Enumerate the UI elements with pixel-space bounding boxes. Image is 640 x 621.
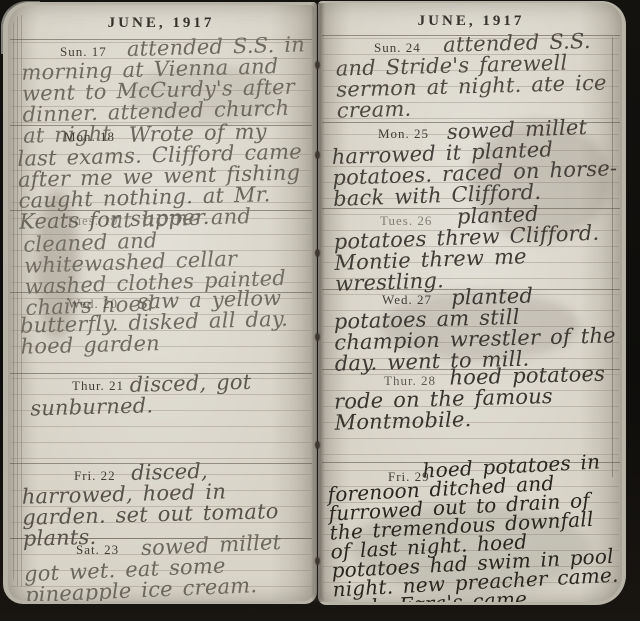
- stitch-mark: [315, 249, 320, 257]
- stitch-mark: [315, 151, 320, 159]
- diary-page-right: JUNE, 1917 Sun. 24 attended S.S. and Str…: [320, 3, 622, 602]
- diary-page-left: JUNE, 1917 Sun. 17 attended S.S. in morn…: [8, 5, 314, 601]
- handwritten-entry: hoed potatoes rode on the famous Montmob…: [333, 363, 619, 433]
- binding-gutter: [311, 3, 325, 602]
- handwritten-entry: planted potatoes am still champion wrest…: [333, 283, 619, 374]
- handwritten-entry: sowed millet harrowed it planted potatoe…: [331, 116, 620, 210]
- stitch-mark: [315, 333, 320, 341]
- month-header: JUNE, 1917: [320, 13, 622, 30]
- stitch-mark: [315, 61, 320, 69]
- handwritten-entry: planted potatoes threw Clifford. Montie …: [333, 201, 620, 295]
- month-header: JUNE, 1917: [8, 15, 314, 32]
- handwritten-entry: hoed potatoes in forenoon ditched and fu…: [326, 452, 622, 602]
- stitch-mark: [315, 557, 320, 565]
- handwritten-entry: disced, got sunburned.: [29, 370, 300, 419]
- handwritten-entry: sowed millet got wet. eat some pineapple…: [23, 531, 311, 601]
- diary-photo: JUNE, 1917 Sun. 17 attended S.S. in morn…: [0, 0, 640, 621]
- handwritten-entry: saw a yellow butterfly. disked all day. …: [19, 287, 307, 357]
- stitch-mark: [315, 441, 320, 449]
- handwritten-entry: attended S.S. and Stride's farewell serm…: [335, 30, 615, 121]
